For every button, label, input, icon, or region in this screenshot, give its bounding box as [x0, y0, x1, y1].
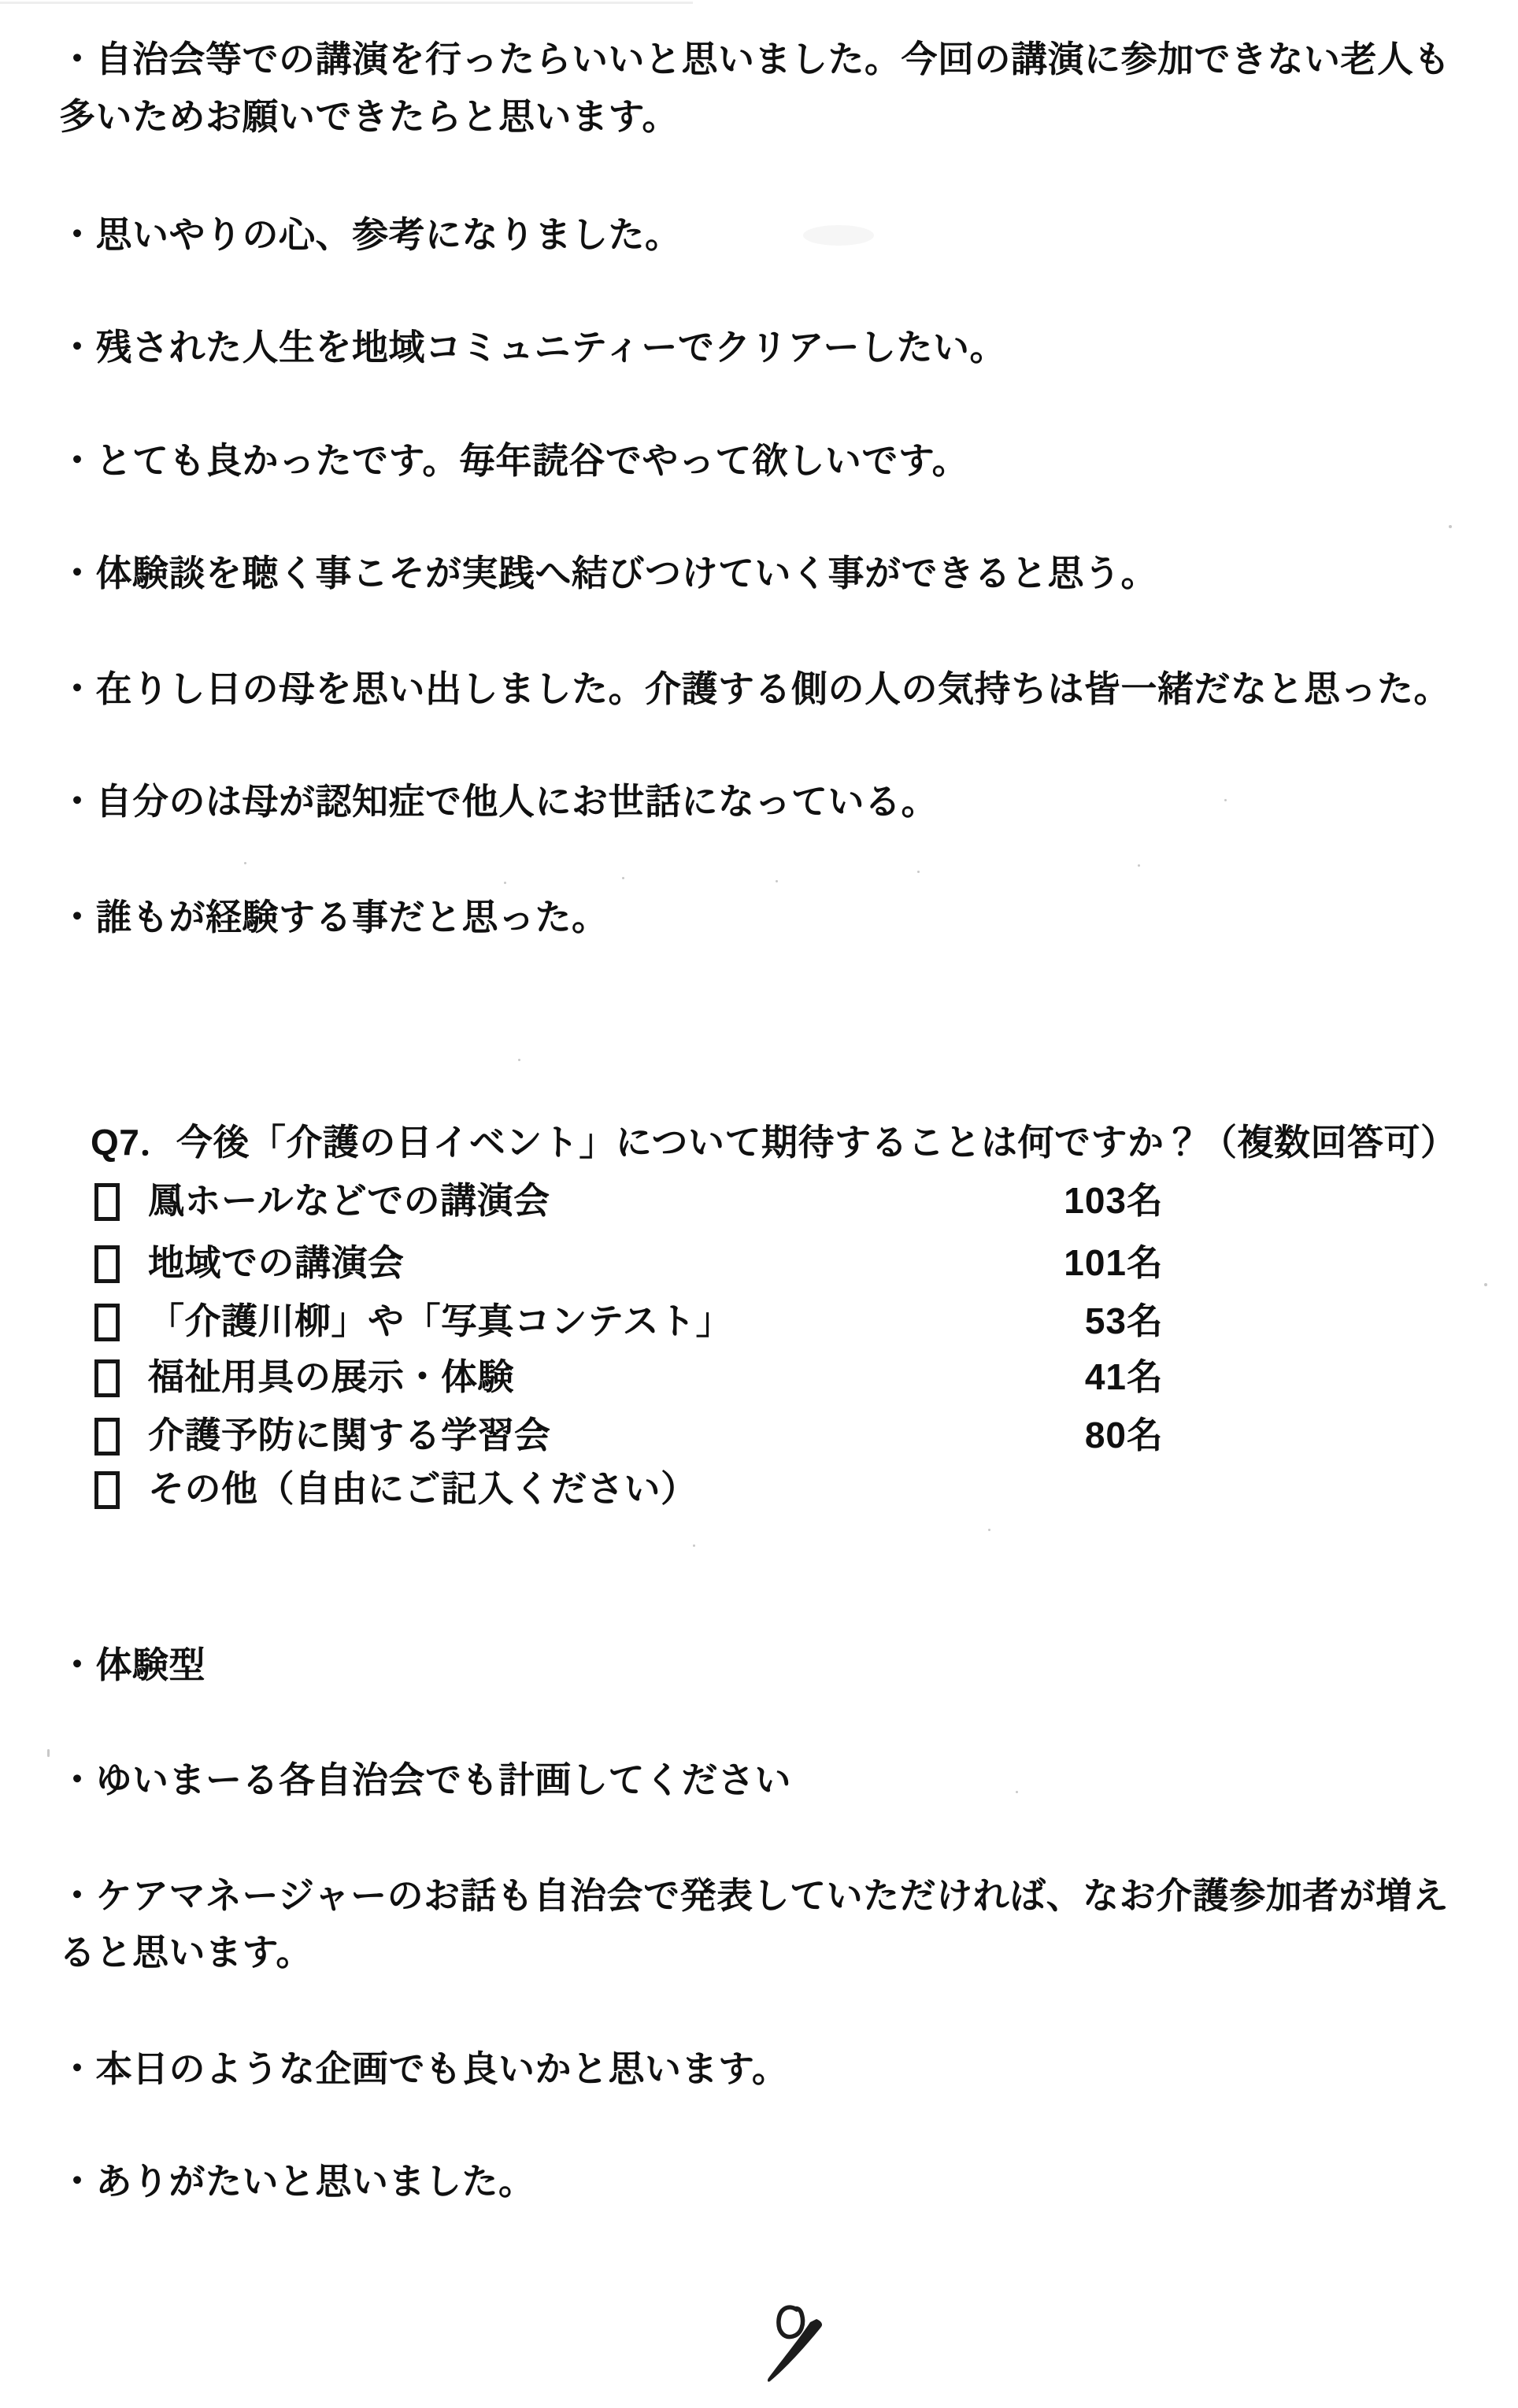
- checkbox-icon: [94, 1183, 120, 1221]
- scan-speck: [1138, 864, 1140, 867]
- checkbox-icon: [94, 1304, 120, 1341]
- item-label: 「介護川柳」や「写真コンテスト」: [148, 1303, 732, 1339]
- question-item: 鳳ホールなどでの講演会 103名: [94, 1182, 1189, 1226]
- checkbox-icon: [94, 1245, 120, 1283]
- scan-speck: [47, 1749, 50, 1757]
- comment-line: ・ありがたいと思いました。: [59, 2163, 535, 2199]
- item-count: 101名: [904, 1245, 1164, 1281]
- scan-speck: [1016, 1791, 1018, 1793]
- checkbox-icon: [94, 1418, 120, 1456]
- scan-speck: [1224, 799, 1227, 801]
- item-count: 53名: [904, 1303, 1164, 1339]
- comment-line: ・体験型: [59, 1647, 205, 1683]
- scan-artifact-streak: [0, 2, 693, 4]
- scan-smudge: [803, 225, 874, 246]
- page-number: [762, 2302, 829, 2388]
- comment-line: ・ゆいまーる各自治会でも計画してください: [59, 1762, 791, 1798]
- scan-speck: [988, 1529, 990, 1531]
- comment-line: ・思いやりの心、参考になりました。: [59, 216, 682, 253]
- scan-speck: [622, 877, 624, 879]
- item-label: 地域での講演会: [148, 1245, 405, 1281]
- scan-speck: [1484, 1283, 1487, 1286]
- item-count: 80名: [904, 1417, 1164, 1453]
- comment-line: 多いためお願いできたらと思います。: [59, 98, 679, 135]
- item-label: 福祉用具の展示・体験: [148, 1359, 514, 1395]
- question-item: その他（自由にご記入ください）: [94, 1470, 1189, 1515]
- question-item: 「介護川柳」や「写真コンテスト」 53名: [94, 1303, 1189, 1347]
- comment-line: ると思います。: [59, 1934, 313, 1970]
- comment-line: ・在りし日の母を思い出しました。介護する側の人の気持ちは皆一緒だなと思った。: [59, 671, 1450, 707]
- comment-line: ・自治会等での講演を行ったらいいと思いました。今回の講演に参加できない老人も: [59, 41, 1450, 77]
- scan-speck: [518, 1059, 520, 1061]
- question-item: 介護予防に関する学習会 80名: [94, 1417, 1189, 1461]
- comment-line: ・本日のような企画でも良いかと思います。: [59, 2051, 788, 2087]
- scanned-survey-page: ・自治会等での講演を行ったらいいと思いました。今回の講演に参加できない老人も 多…: [0, 0, 1518, 2408]
- item-label: その他（自由にご記入ください）: [148, 1470, 698, 1507]
- item-label: 介護予防に関する学習会: [148, 1417, 551, 1453]
- question-item: 地域での講演会 101名: [94, 1245, 1189, 1289]
- item-label: 鳳ホールなどでの講演会: [148, 1182, 550, 1219]
- comment-line: ・自分のは母が認知症で他人にお世話になっている。: [59, 783, 938, 819]
- comment-line: ・誰もが経験する事だと思った。: [59, 899, 609, 935]
- scan-speck: [504, 882, 506, 884]
- scan-speck: [693, 1544, 695, 1547]
- question-heading: Q7．今後「介護の日イベント」について期待することは何ですか？（複数回答可）: [91, 1124, 1457, 1160]
- scan-speck: [244, 862, 246, 864]
- comment-line: ・とても良かったです。毎年読谷でやって欲しいです。: [59, 442, 968, 479]
- item-count: 41名: [904, 1359, 1164, 1395]
- item-count: 103名: [904, 1182, 1164, 1219]
- checkbox-icon: [94, 1359, 120, 1397]
- comment-line: ・残された人生を地域コミュニティーでクリアーしたい。: [59, 329, 1006, 365]
- scan-speck: [917, 871, 920, 873]
- scan-speck: [1449, 525, 1452, 528]
- checkbox-icon: [94, 1471, 120, 1509]
- comment-line: ・ケアマネージャーのお話も自治会で発表していただければ、なお介護参加者が増え: [59, 1877, 1449, 1914]
- comment-line: ・体験談を聴く事こそが実践へ結びつけていく事ができると思う。: [59, 555, 1157, 591]
- scan-speck: [185, 929, 187, 931]
- scan-speck: [776, 880, 778, 882]
- question-item: 福祉用具の展示・体験 41名: [94, 1359, 1189, 1403]
